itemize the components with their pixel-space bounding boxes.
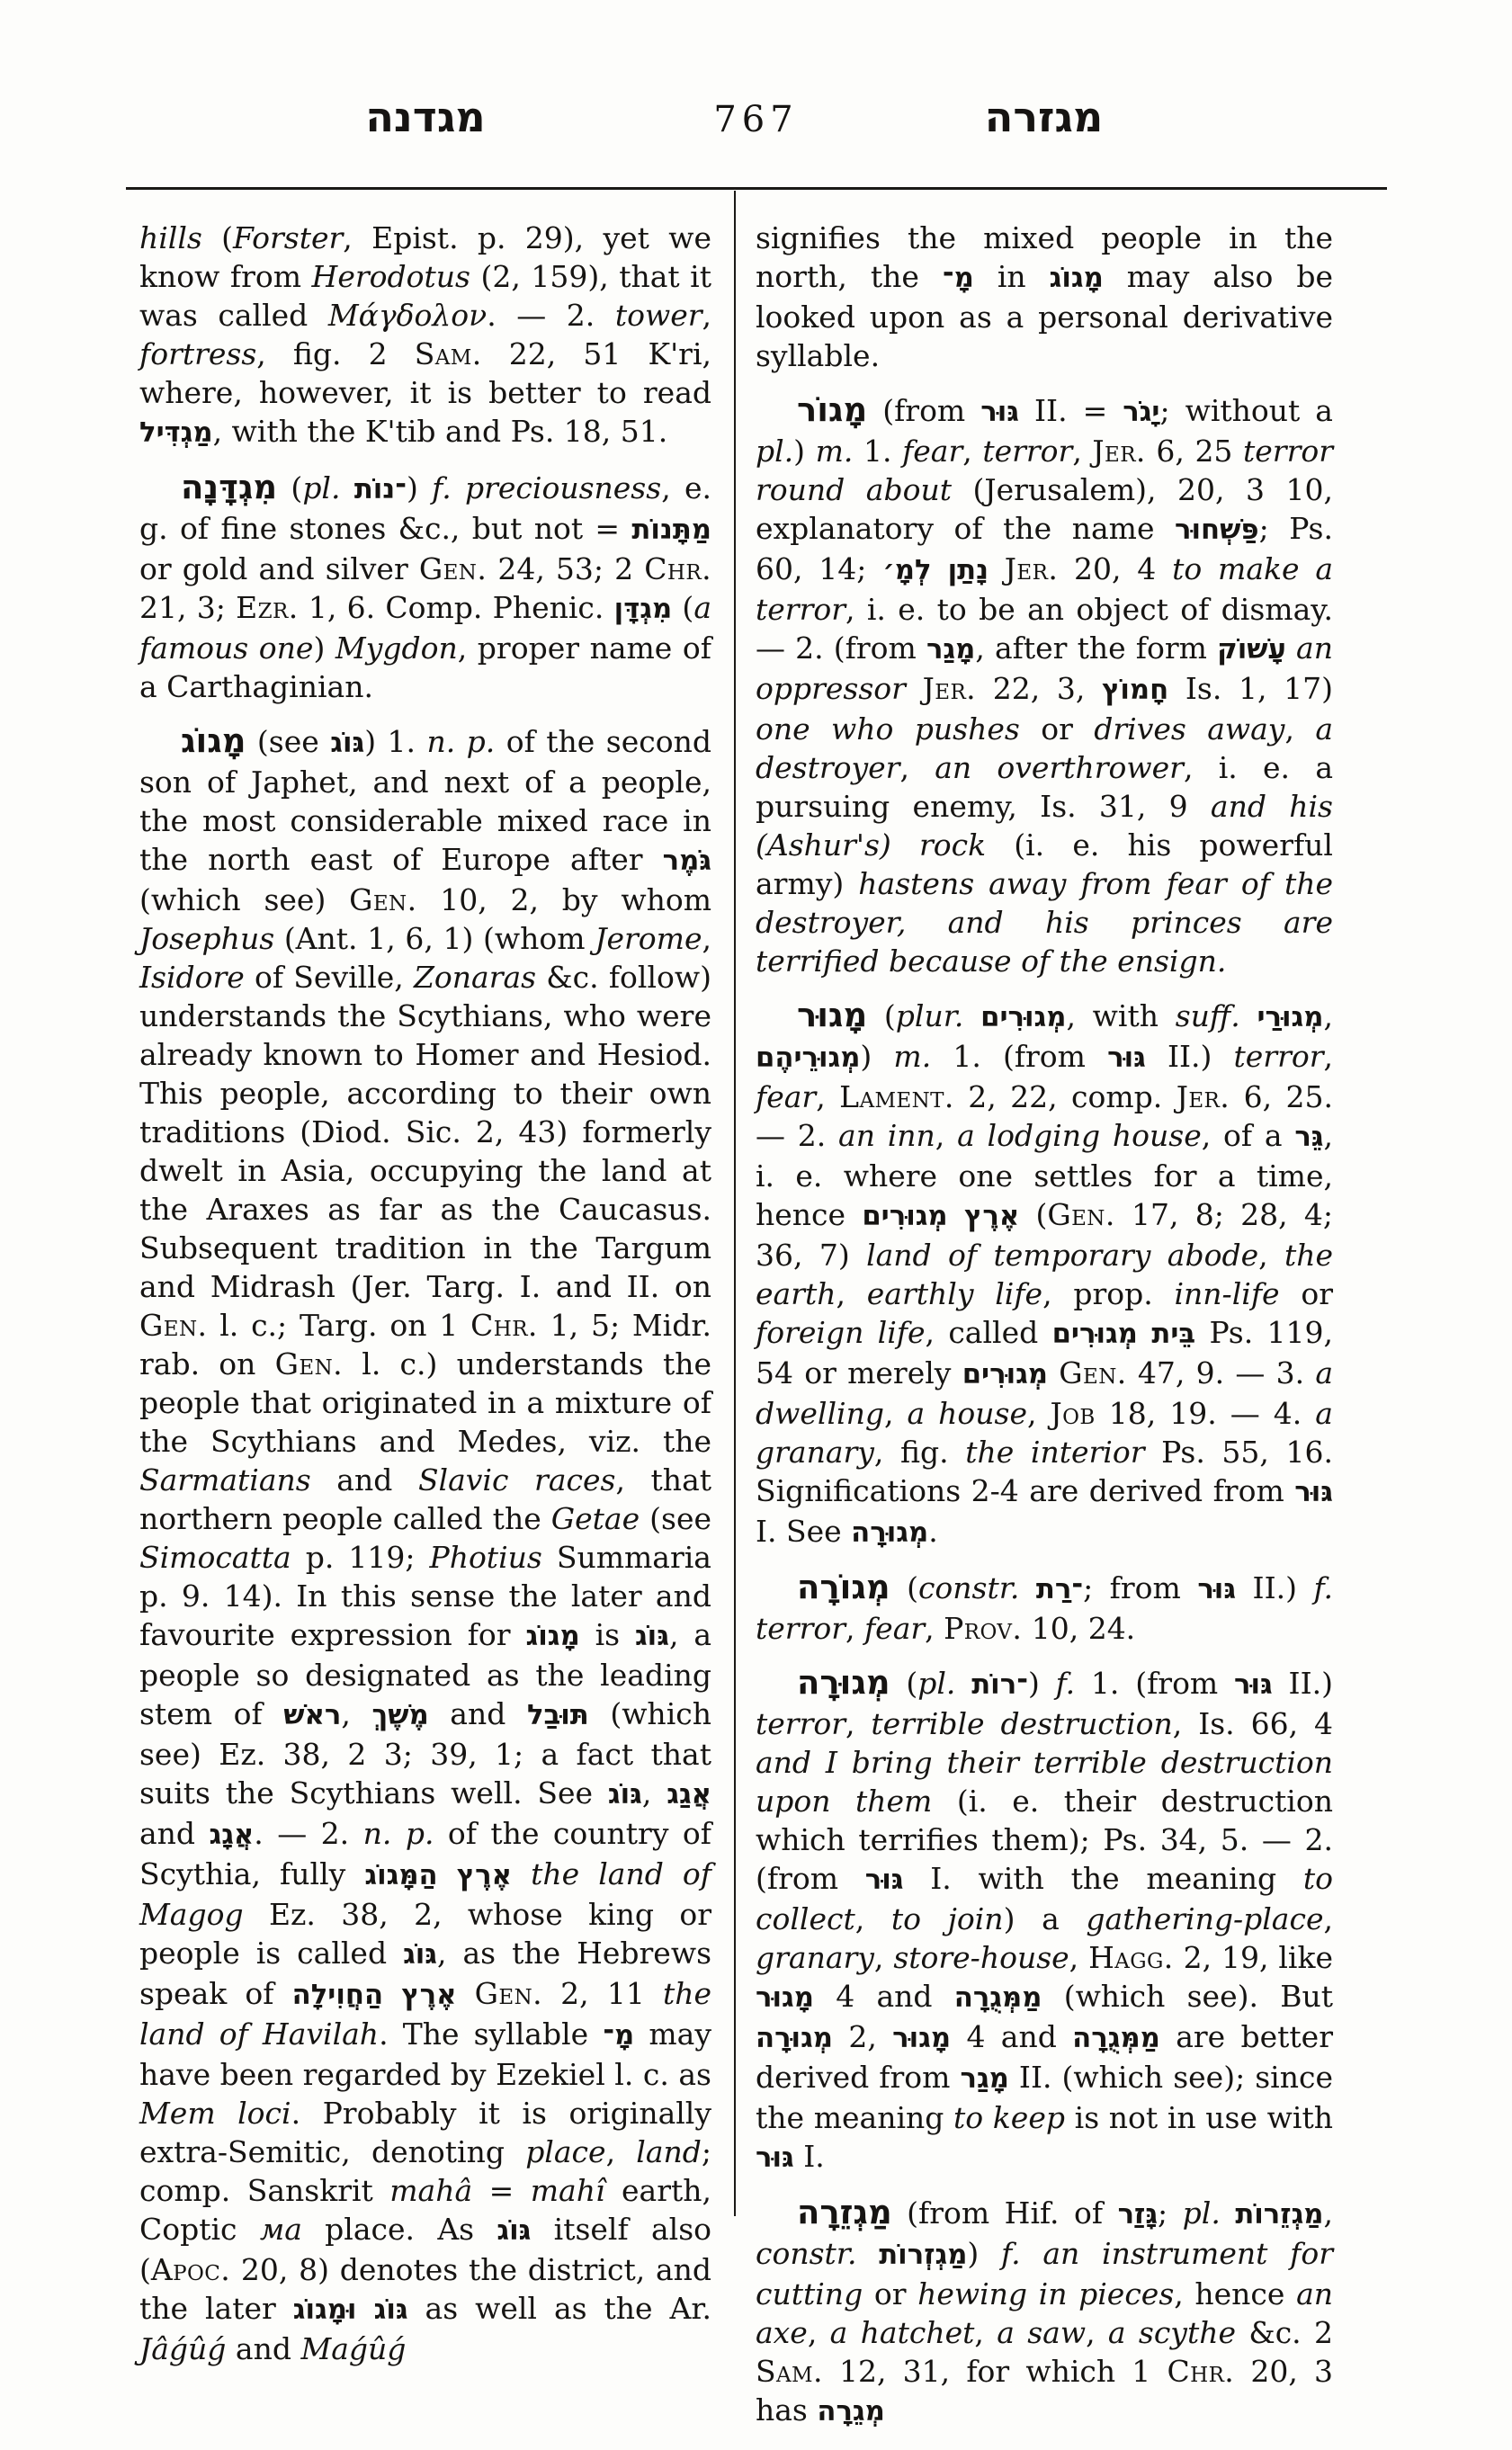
body-text: ) <box>1028 1666 1056 1701</box>
body-text: , fig. 2 <box>256 336 414 371</box>
body-text: place. As <box>302 2212 497 2247</box>
body-text: and <box>226 2331 300 2366</box>
italic-text: Forster <box>233 220 343 255</box>
italic-text: constr. <box>918 1570 1019 1605</box>
italic-text: earthly life <box>867 1276 1042 1311</box>
hebrew-term: עָשׁוֹק <box>1217 634 1286 666</box>
hebrew-term: יָגֹר <box>1123 397 1159 428</box>
italic-text: to join <box>891 1901 1004 1936</box>
body-text: 2, 19, like <box>1174 1940 1333 1975</box>
italic-text: pl. <box>1183 2195 1221 2231</box>
body-text <box>955 1666 971 1701</box>
hebrew-term: פַּשְׁחוּר <box>1175 514 1259 546</box>
body-text: II.) <box>1236 1570 1313 1605</box>
scripture-reference: Hagg. <box>1088 1940 1174 1975</box>
hebrew-term: אֲגַג <box>667 1779 711 1811</box>
hebrew-term: מָגוֹג <box>525 1621 579 1652</box>
italic-text: granary <box>756 1940 874 1975</box>
body-text: ) <box>313 630 335 666</box>
scripture-reference: Jer. <box>1176 1079 1230 1114</box>
hebrew-term: ראֹשׁ <box>283 1700 341 1731</box>
entry-magog: מָגוֹג (see גּוֹג) 1. n. p. of the secon… <box>139 721 711 2368</box>
body-text: (which see). But <box>1042 1979 1333 2014</box>
body-text: p. 119; <box>291 1540 430 1575</box>
body-text: , <box>1323 998 1333 1033</box>
italic-text: a saw <box>997 2315 1086 2350</box>
body-text: and <box>311 1462 418 1498</box>
hebrew-term: מְגוּרִים <box>962 1359 1048 1390</box>
scripture-reference: Chr. <box>644 551 711 586</box>
dictionary-page: מגדנה 767 מגזרה hills (Forster, Epist. p… <box>0 0 1512 2450</box>
entry-megurah: מְגוּרָה (pl. ־רוֹת) f. 1. (from גּוּר I… <box>756 1663 1333 2177</box>
italic-text: drives away <box>1094 711 1284 747</box>
body-text: , <box>1324 2195 1334 2231</box>
column-divider <box>734 191 736 2216</box>
body-text: . The syllable <box>379 2016 603 2052</box>
italic-text: Herodotus <box>312 259 470 294</box>
hebrew-term: ־נוֹת <box>354 474 407 505</box>
italic-text: Photius <box>429 1540 541 1575</box>
body-text: or <box>1280 1276 1333 1311</box>
hebrew-term: מְגוּרִים <box>980 1002 1066 1033</box>
italic-text: Slavic races <box>418 1462 616 1498</box>
italic-text: Maǵûǵ <box>300 2331 406 2366</box>
hebrew-term: גֹּמֶר <box>663 845 711 877</box>
italic-text: Sarmatians <box>139 1462 311 1498</box>
italic-text: land of temporary abode <box>866 1238 1258 1273</box>
scripture-reference: Sam. <box>756 2354 823 2389</box>
italic-text: fear <box>756 1079 816 1114</box>
right-column: signifies the mixed people in the north,… <box>756 219 1333 2446</box>
body-text: , <box>837 1276 867 1311</box>
italic-text: Zonaras <box>414 960 536 995</box>
body-text: 1. <box>853 434 902 469</box>
body-text: ; without a <box>1159 393 1333 428</box>
body-text: , <box>1324 1039 1334 1074</box>
italic-text: Getae <box>551 1501 640 1536</box>
hebrew-term: ־רוֹת <box>971 1669 1028 1701</box>
scripture-reference: Gen. <box>349 882 416 917</box>
italic-text: f. <box>1313 1570 1333 1605</box>
hebrew-term: אֶרֶץ מְגוּרִים <box>862 1201 1019 1232</box>
italic-text: place <box>525 2134 605 2169</box>
scripture-reference: Gen. <box>1059 1355 1126 1390</box>
hebrew-term: חָמוֹץ <box>1102 675 1168 706</box>
body-text: or <box>1020 711 1094 747</box>
body-text: , <box>845 1611 864 1646</box>
italic-text: mahâ <box>389 2173 472 2208</box>
italic-text: hewing in pieces <box>917 2276 1174 2311</box>
body-text: ( <box>890 1666 918 1701</box>
body-text: , prop. <box>1042 1276 1174 1311</box>
italic-text: tower <box>615 298 702 333</box>
hebrew-term: גּוּר <box>1197 1574 1236 1605</box>
hebrew-headword: מָגוֹר <box>797 390 867 429</box>
italic-text: Josephus <box>139 921 274 956</box>
body-text: , with the K'tib and Ps. 18, 51. <box>213 414 668 449</box>
italic-text: Jâǵûǵ <box>139 2331 226 2366</box>
scripture-reference: Prov. <box>944 1611 1022 1646</box>
body-text: , <box>816 1079 839 1114</box>
body-text <box>1221 2195 1235 2231</box>
scripture-reference: Gen. <box>1047 1197 1114 1232</box>
hebrew-headword: מְגוֹרָה <box>797 1568 890 1606</box>
body-text: , <box>702 921 712 956</box>
body-text: of Seville, <box>245 960 414 995</box>
body-text: ; from <box>1083 1570 1197 1605</box>
hebrew-headword: מְגוּרָה <box>797 1663 890 1702</box>
hebrew-term: מְגוּרֵיהֶם <box>756 1042 860 1074</box>
body-text: , <box>962 434 982 469</box>
italic-text: m. <box>816 434 854 469</box>
entry-magzerah: מַגְזֵרָה (from Hif. of גָּזַר; pl. מַגְ… <box>756 2193 1333 2431</box>
body-text: , <box>925 1611 944 1646</box>
body-text: , <box>884 1396 908 1431</box>
body-text: ( <box>867 998 896 1033</box>
body-text: 18, 19. — 4. <box>1096 1396 1316 1431</box>
body-text: , <box>1324 1901 1334 1936</box>
scripture-reference: Jer. <box>1005 551 1058 586</box>
hebrew-headword: מָגוֹג <box>181 721 246 760</box>
body-text <box>989 551 1005 586</box>
hebrew-term: ־רַת <box>1036 1574 1083 1605</box>
body-text: , hence <box>1174 2276 1296 2311</box>
hebrew-term: מַגְזְרוֹת <box>879 2240 967 2271</box>
body-text: , <box>974 2315 997 2350</box>
body-text: , of a <box>1202 1118 1295 1153</box>
body-text <box>340 470 353 505</box>
body-text <box>1286 630 1296 666</box>
body-text: ( <box>277 470 302 505</box>
body-text: , <box>855 1901 891 1936</box>
body-text: 6, 25 <box>1146 434 1243 469</box>
body-text: 2, 22, comp. <box>954 1079 1176 1114</box>
hebrew-term: גּוֹג <box>330 728 364 759</box>
body-text: 2, <box>833 2019 892 2054</box>
hebrew-term: גּוֹג <box>608 1779 642 1811</box>
body-text: or gold and silver <box>139 551 419 586</box>
body-text: , <box>1072 434 1092 469</box>
hebrew-term: בֵּית מְגוּרִים <box>1052 1319 1196 1350</box>
hebrew-term: מְגוּרָה <box>851 1517 928 1549</box>
italic-text: to keep <box>953 2100 1065 2135</box>
body-text <box>512 1856 531 1891</box>
running-head-right: מגזרה <box>754 94 1334 140</box>
scripture-reference: Ezr. <box>236 590 298 625</box>
scripture-reference: Gen. <box>475 1976 542 2011</box>
italic-text: foreign life <box>756 1315 926 1350</box>
italic-text: constr. <box>756 2236 856 2271</box>
left-column: hills (Forster, Epist. p. 29), yet we kn… <box>139 219 711 2383</box>
scripture-reference: Sam. <box>415 336 482 371</box>
italic-text: Isidore <box>139 960 245 995</box>
italic-text: mahî <box>531 2173 605 2208</box>
hebrew-term: גּוּר <box>1107 1042 1146 1074</box>
body-text: , Is. 66, 4 <box>1173 1706 1333 1741</box>
hebrew-term: מְגֵרָה <box>817 2396 884 2428</box>
hebrew-term: תּוּבַל <box>527 1700 589 1731</box>
italic-text: Mem loci <box>139 2096 291 2131</box>
scripture-reference: Apoc. <box>151 2252 230 2287</box>
scripture-reference: Gen. <box>419 551 487 586</box>
italic-text: Jerome <box>595 921 702 956</box>
italic-text: f. <box>1056 1666 1076 1701</box>
body-text: , after the form <box>975 630 1217 666</box>
body-text: 1. (from <box>1075 1666 1234 1701</box>
hebrew-term: מַמְּגֻרָה <box>1072 2023 1160 2054</box>
body-text: ( <box>1019 1197 1047 1232</box>
hebrew-term: מָגַר <box>961 2063 1009 2095</box>
italic-text: pl. <box>302 470 340 505</box>
body-text: (which see) <box>139 882 349 917</box>
italic-text: pl. <box>756 434 793 469</box>
paragraph-migdol-continuation: hills (Forster, Epist. p. 29), yet we kn… <box>139 219 711 452</box>
body-text: , <box>1284 711 1315 747</box>
paragraph-magog-continuation: signifies the mixed people in the north,… <box>756 219 1333 375</box>
body-text: II.) <box>1273 1666 1333 1701</box>
scripture-reference: Gen. <box>139 1308 207 1343</box>
italic-text: f. preciousness <box>432 470 661 505</box>
hebrew-term: גּוּר <box>1234 1669 1273 1701</box>
body-text: , called <box>926 1315 1052 1350</box>
body-text: I. <box>794 2139 825 2174</box>
scripture-reference: Chr. <box>1167 2354 1234 2389</box>
body-text: ; <box>1158 2195 1183 2231</box>
body-text: l. c.; Targ. on 1 <box>207 1308 470 1343</box>
body-text <box>1019 1570 1036 1605</box>
body-text: = <box>472 2173 531 2208</box>
italic-text: plur. <box>896 998 964 1033</box>
italic-text: an inn <box>838 1118 935 1153</box>
body-text: ) <box>860 1039 893 1074</box>
body-text <box>856 2236 879 2271</box>
italic-text: a scythe <box>1108 2315 1236 2350</box>
hebrew-term: גּוֹג <box>403 1939 437 1971</box>
hebrew-term: מַמְּגֻרָה <box>954 1982 1042 2014</box>
italic-text: hills <box>139 220 221 255</box>
hebrew-term: מֶשֶׁךְ <box>371 1700 428 1731</box>
hebrew-term: גֵּר <box>1294 1122 1323 1153</box>
body-text: and <box>139 1816 210 1851</box>
body-text: , <box>899 750 935 785</box>
hebrew-term: גָּזַר <box>1118 2199 1158 2231</box>
hebrew-headword: מַגְזֵרָה <box>797 2193 892 2231</box>
body-text: (from Hif. of <box>892 2195 1118 2231</box>
body-text: , <box>606 2134 637 2169</box>
italic-text: gathering-place <box>1086 1901 1323 1936</box>
hebrew-term: אֲגָג <box>210 1820 255 1851</box>
body-text: 22, 3, <box>976 671 1102 706</box>
italic-text: inn-life <box>1175 1276 1280 1311</box>
body-text: and <box>429 1696 527 1731</box>
hebrew-term: אֶרֶץ הַמָּגוֹג <box>364 1860 512 1891</box>
entry-megorah: מְגוֹרָה (constr. ־רַת; from גּוּר II.) … <box>756 1568 1333 1648</box>
italic-text: a lodging house <box>957 1118 1202 1153</box>
hebrew-term: גּוּר <box>865 1864 904 1896</box>
body-text: or <box>863 2276 917 2311</box>
italic-text: Simocatta <box>139 1540 291 1575</box>
body-text: , <box>1086 2315 1108 2350</box>
italic-text: n. p. <box>426 724 495 759</box>
body-text: ( <box>221 220 233 255</box>
body-text: Is. 1, 17) <box>1168 671 1333 706</box>
hebrew-term: גּוֹג <box>497 2215 531 2247</box>
italic-text: fortress <box>139 336 256 371</box>
body-text: is not in use with <box>1065 2100 1333 2135</box>
italic-text: terror <box>756 1706 845 1741</box>
hebrew-term: גּוֹג <box>635 1621 669 1652</box>
hebrew-term: גּוּר <box>1294 1477 1333 1508</box>
italic-text: suff. <box>1176 998 1240 1033</box>
body-text: 47, 9. — 3. <box>1127 1355 1316 1390</box>
hebrew-term: מָגוּר <box>756 1982 814 2014</box>
scripture-reference: Job <box>1051 1396 1096 1431</box>
hebrew-term: מָ־ <box>603 2020 634 2052</box>
body-text: 21, 3; <box>139 590 236 625</box>
body-text: in <box>974 259 1050 294</box>
body-text: . — 2. <box>487 298 615 333</box>
body-text: 24, 53; 2 <box>487 551 644 586</box>
hebrew-term: גּוֹג וּמָגוֹג <box>293 2294 408 2326</box>
hebrew-term: מִגְדָּן <box>614 594 673 625</box>
body-text <box>457 1976 475 2011</box>
body-text: (see <box>640 1501 711 1536</box>
hebrew-term: מָגוּר <box>892 2023 951 2054</box>
body-text: , <box>845 1706 871 1741</box>
body-text: ) 1. <box>364 724 426 759</box>
body-text: ) <box>407 470 432 505</box>
hebrew-headword: מָגוּר <box>797 996 867 1034</box>
body-text <box>1021 2236 1043 2271</box>
hebrew-term: מַגְדִּיל <box>139 417 213 449</box>
body-text: II. = <box>1019 393 1123 428</box>
body-text: 12, 31, for which 1 <box>823 2354 1168 2389</box>
italic-text: n. p. <box>363 1816 434 1851</box>
hebrew-term: מְגוּרָה <box>756 2023 833 2054</box>
body-text: ) <box>793 434 815 469</box>
hebrew-term: גּוּר <box>980 397 1019 428</box>
body-text: ( <box>672 590 693 625</box>
body-text: , <box>702 298 712 333</box>
italic-text: Μάγδολον <box>328 298 487 333</box>
body-text: I. See <box>756 1514 851 1549</box>
scripture-reference: Jer. <box>1092 434 1145 469</box>
body-text <box>1240 998 1257 1033</box>
body-text: , <box>874 1940 893 1975</box>
italic-text: a house <box>907 1396 1027 1431</box>
italic-text: Mygdon <box>336 630 458 666</box>
entry-migdanah: מִגְדָּנָה (pl. ־נוֹת) f. preciousness, … <box>139 468 711 706</box>
hebrew-term: נָתַן לְמָ׳ <box>882 555 989 586</box>
italic-text: ма <box>260 2212 302 2247</box>
body-text: II.) <box>1146 1039 1234 1074</box>
body-text <box>906 671 923 706</box>
italic-text: terror <box>982 434 1072 469</box>
body-text: ) a <box>1004 1901 1087 1936</box>
body-text: , <box>1027 1396 1051 1431</box>
entry-magur: מָגוּר (plur. מְגוּרִים, with suff. מְגו… <box>756 996 1333 1552</box>
body-text: , with <box>1066 998 1175 1033</box>
hebrew-term: מְגוּרַי <box>1257 1002 1324 1033</box>
hebrew-term: מַתָּנוֹת <box>631 514 711 546</box>
italic-text: terrible destruction <box>871 1706 1172 1741</box>
italic-text: f. <box>1001 2236 1021 2271</box>
italic-text: the interior <box>965 1435 1144 1470</box>
body-text: (Ant. 1, 6, 1) (whom <box>274 921 595 956</box>
body-text: I. with the meaning <box>904 1861 1303 1896</box>
body-text: 20, 4 <box>1058 551 1172 586</box>
body-text <box>1048 1355 1059 1390</box>
body-text: , <box>1258 1238 1284 1273</box>
scripture-reference: Jer. <box>923 671 976 706</box>
hebrew-term: אֶרֶץ הַחֲוִילָה <box>292 1980 457 2011</box>
body-text: , <box>642 1775 667 1811</box>
italic-text: a hatchet <box>830 2315 975 2350</box>
hebrew-term: גּוּר <box>756 2142 794 2174</box>
body-text: as well as the Ar. <box>408 2291 711 2326</box>
scripture-reference: Gen. <box>275 1346 343 1381</box>
hebrew-term: מַגְזֵרוֹת <box>1235 2199 1323 2231</box>
italic-text: terror <box>1234 1039 1324 1074</box>
body-text: , fig. <box>874 1435 965 1470</box>
entry-magor: מָגוֹר (from גּוּר II. = יָגֹר; without … <box>756 390 1333 980</box>
body-text: , <box>341 1696 371 1731</box>
body-text: &c. 2 <box>1236 2315 1333 2350</box>
italic-text: pl. <box>917 1666 955 1701</box>
body-text: . — 2. <box>254 1816 362 1851</box>
body-text: is <box>580 1617 635 1652</box>
header-rule <box>126 187 1387 190</box>
body-text: ) <box>967 2236 1001 2271</box>
body-text: , <box>935 1118 957 1153</box>
body-text: 10, 24. <box>1022 1611 1135 1646</box>
body-text: 1. (from <box>931 1039 1107 1074</box>
italic-text: land <box>636 2134 702 2169</box>
body-text <box>963 998 980 1033</box>
body-text: , <box>1069 1940 1088 1975</box>
body-text: 2, 11 <box>542 1976 663 2011</box>
scripture-reference: Chr. <box>470 1308 538 1343</box>
hebrew-term: מָ־ <box>943 263 974 294</box>
body-text: 1, 6. Comp. Phenic. <box>299 590 614 625</box>
italic-text: fear <box>902 434 962 469</box>
hebrew-term: מָגַר <box>926 634 975 666</box>
body-text: . <box>928 1514 938 1549</box>
body-text: ( <box>890 1570 918 1605</box>
body-text: , <box>808 2315 830 2350</box>
hebrew-headword: מִגְדָּנָה <box>181 468 277 506</box>
body-text: 4 and <box>814 1979 954 2014</box>
body-text: 10, 2, by whom <box>416 882 711 917</box>
scripture-reference: Lament. <box>839 1079 954 1114</box>
body-text: &c. follow) understands the Scythians, w… <box>139 960 711 1304</box>
italic-text: store-house <box>893 1940 1069 1975</box>
italic-text: one who pushes <box>756 711 1020 747</box>
body-text: (from <box>867 393 980 428</box>
italic-text: an overthrower <box>935 750 1184 785</box>
hebrew-term: מָגוֹג <box>1050 263 1104 294</box>
italic-text: fear <box>864 1611 925 1646</box>
body-text: 4 and <box>951 2019 1072 2054</box>
body-text: (see <box>246 724 330 759</box>
italic-text: terror <box>756 1611 845 1646</box>
italic-text: m. <box>893 1039 931 1074</box>
